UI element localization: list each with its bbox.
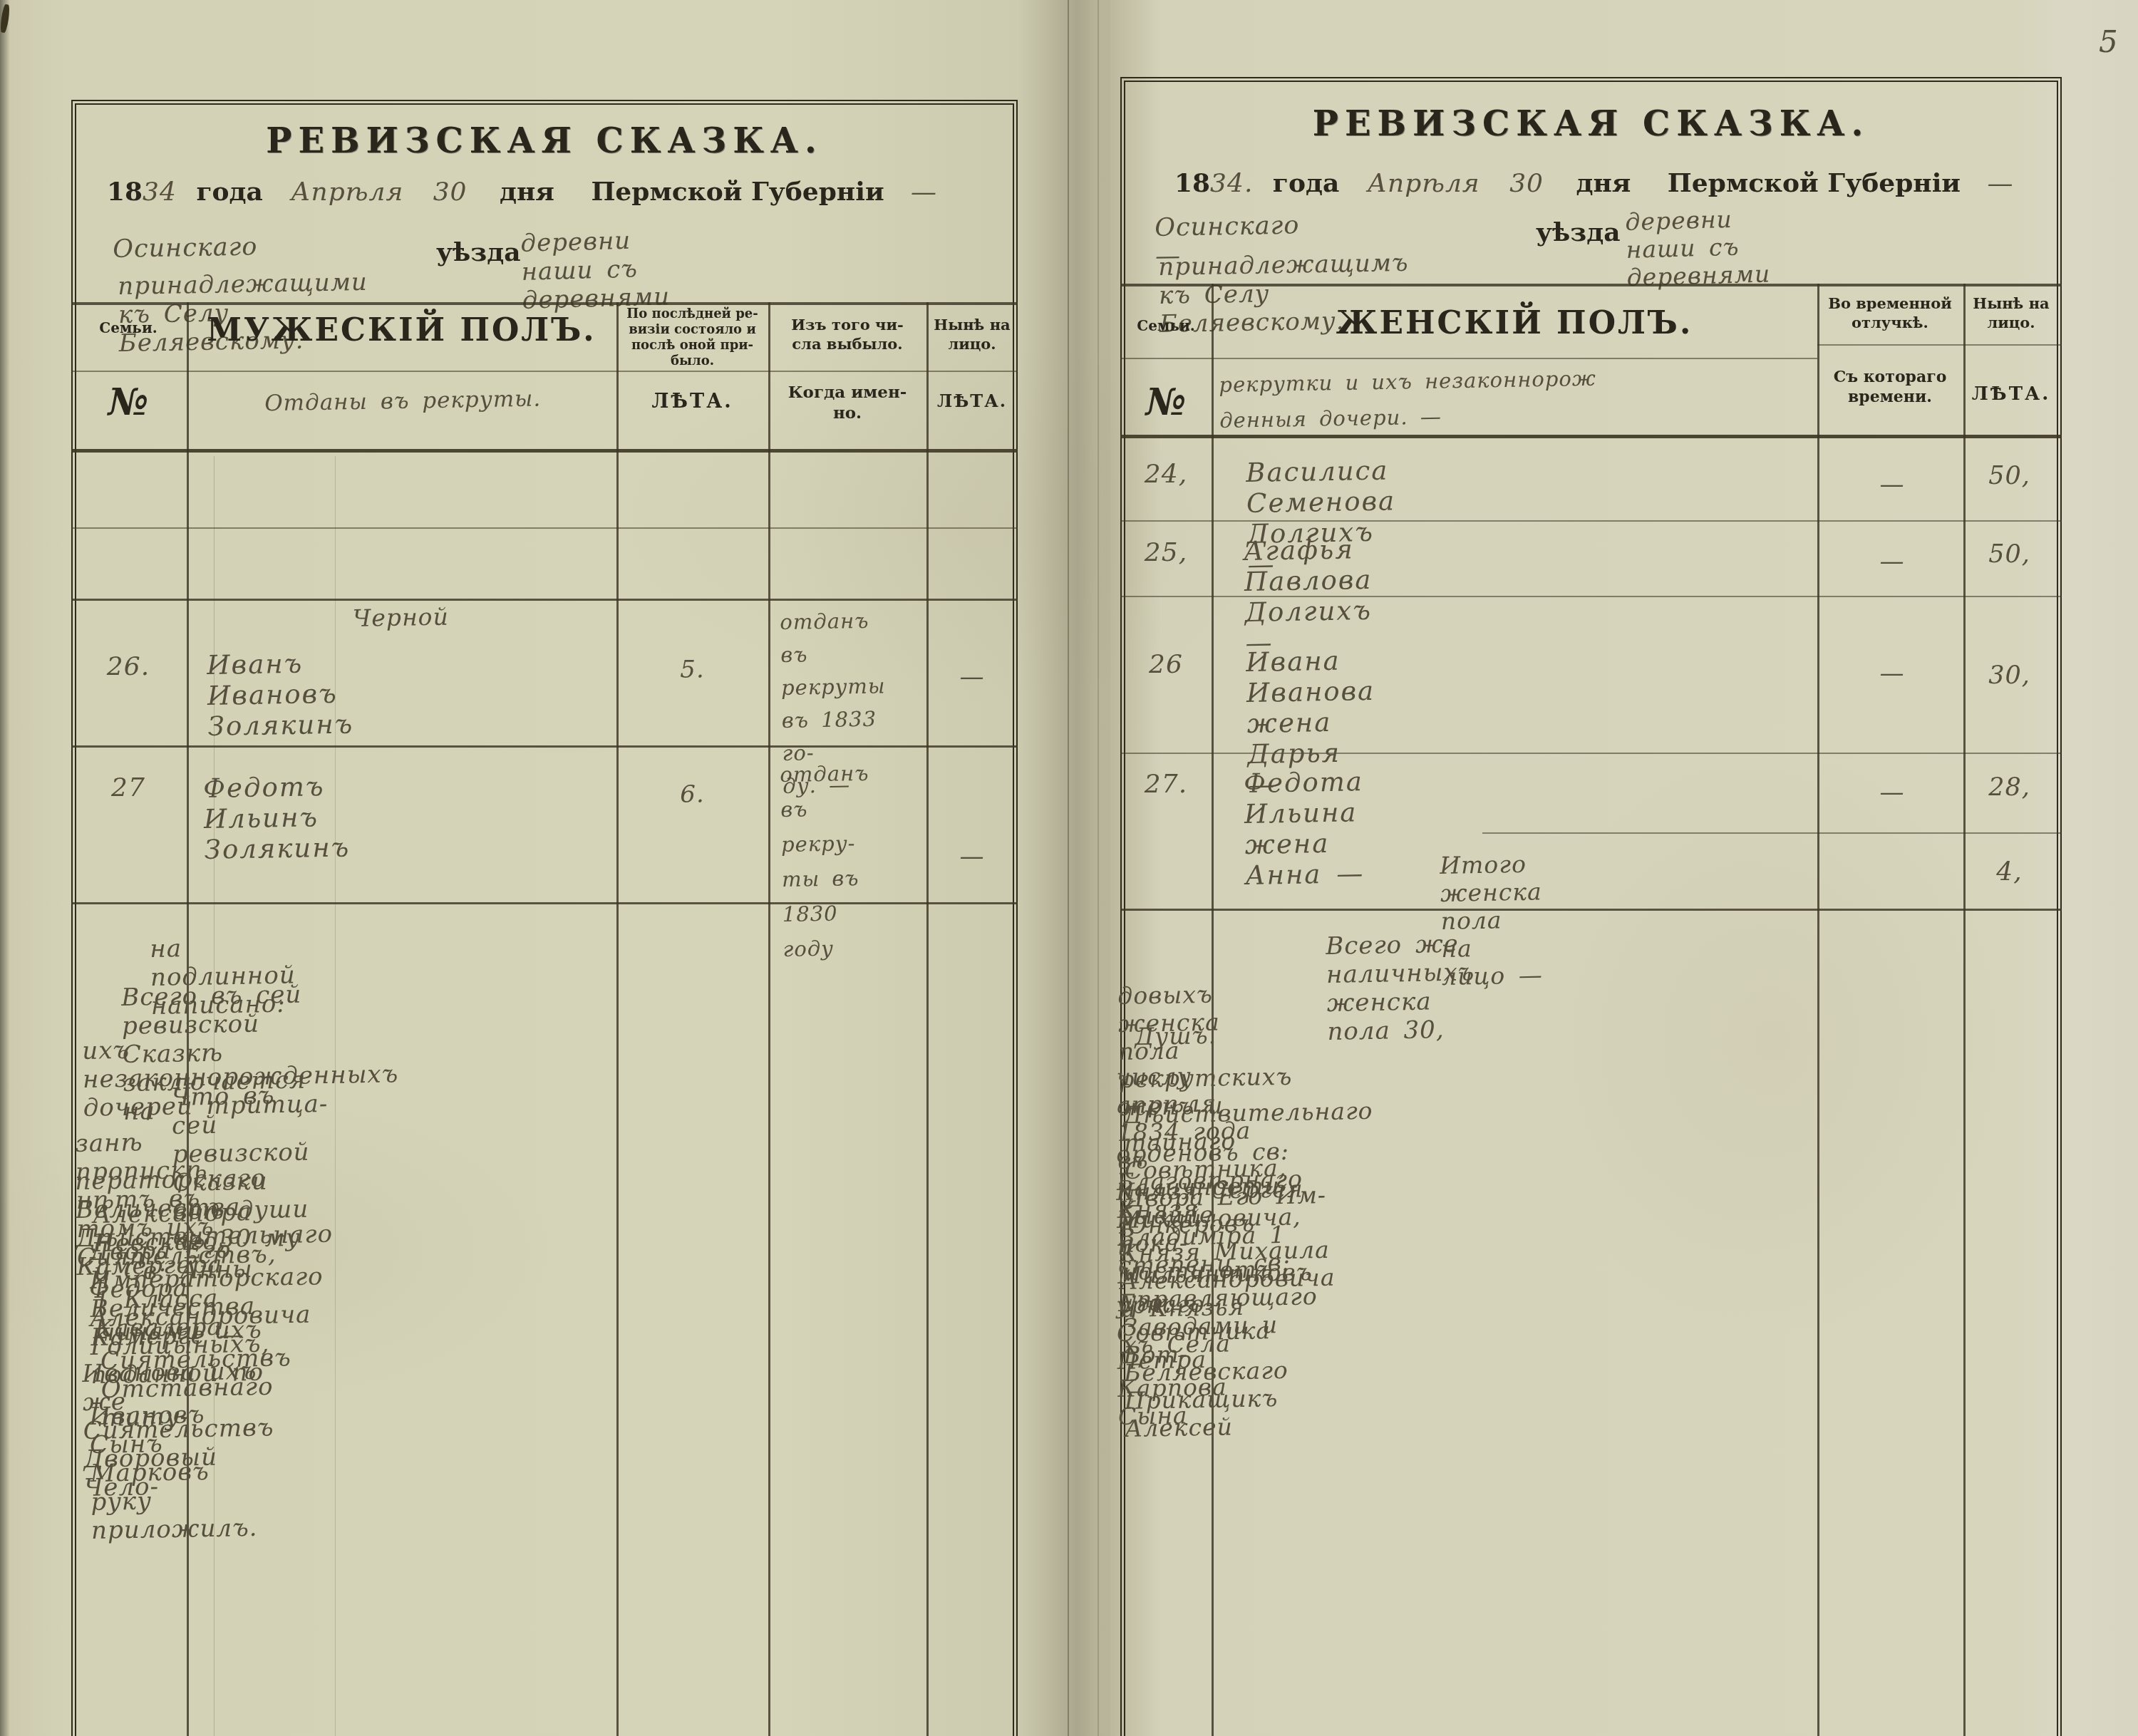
age-value: 5. [618, 656, 767, 684]
number-sign: № [1120, 381, 1212, 424]
now-present-column-label: Нынѣ на лицо. [928, 315, 1016, 353]
year-handwritten: 34. [1210, 169, 1253, 198]
attestation-line: Ивановъ Сынъ Марковъ руку приложилъ. [89, 1400, 258, 1545]
fold-seam [1098, 0, 1099, 1736]
summary-overline [1482, 832, 2062, 834]
row-number: 25, [1120, 538, 1212, 567]
dnya-label: дня [1576, 168, 1631, 198]
year-printed: 18 [1174, 168, 1210, 198]
year-handwritten: 34 [143, 177, 177, 207]
note-line: ты въ [782, 861, 872, 897]
province-label: Пермской Губерніи [591, 177, 884, 207]
note-line: рекруты [781, 669, 886, 704]
absence-dash: — [1828, 778, 1956, 807]
column-divider [1963, 284, 1966, 1736]
male-sex-column-label: МУЖЕСКІЙ ПОЛЪ. [187, 312, 616, 348]
now-dash: — [928, 663, 1016, 691]
age-value: 50, [1965, 462, 2054, 490]
when-exactly-column-label: Когда имен- но. [770, 382, 925, 423]
person-name: Агафья Павлова Долгихъ — [1244, 534, 1373, 658]
month-handwritten: Апрѣля [1368, 169, 1480, 198]
header-bottom-line [71, 449, 1018, 453]
uyezd-tail-handwritten: деревни наши съ деревнями [1625, 204, 1771, 291]
right-date-line: 1834. года Апрѣля 30 дня Пермской Губерн… [1174, 168, 2014, 198]
now-present-column-label: Нынѣ на лицо. [1965, 294, 2057, 332]
person-name: Федота Ильина жена Анна — [1244, 766, 1365, 891]
column-divider [616, 302, 619, 1736]
row-number: 27. [1120, 770, 1212, 799]
uyezd-handwritten: Осинскаго [113, 232, 258, 264]
grand-total-line: Всего же наличныхъ женска пола 30, [1326, 929, 1476, 1046]
column-divider [926, 302, 929, 1736]
column-divider [768, 302, 770, 1736]
age-column-label-2: ЛѢТА. [928, 391, 1016, 411]
attestation-line: хъ Села Беляевскаго Прикащикъ Алексей [1123, 1328, 1289, 1442]
label-line: отлучкѣ. [1819, 313, 1961, 332]
row-divider [1120, 909, 2062, 911]
note-line: въ рекру- [780, 791, 871, 862]
label-line: Изъ того чи- [770, 315, 925, 334]
label-line: Нынѣ на [1965, 294, 2057, 313]
label-line: Во временной [1819, 294, 1961, 313]
row-number: 24, [1120, 460, 1212, 489]
age-value: 6. [618, 780, 767, 809]
table-top-line [1120, 284, 2062, 286]
female-sex-column-label: ЖЕНСКІЙ ПОЛЪ. [1212, 305, 1817, 341]
age-value: 50, [1965, 540, 2054, 569]
label-line: Нынѣ на [928, 315, 1016, 334]
row-number: 27 [71, 773, 185, 802]
age-value: 28, [1965, 773, 2054, 802]
label-line: послѣ оной при- [618, 338, 767, 353]
label-line: лицо. [928, 334, 1016, 353]
month-handwritten: Апрѣля [291, 177, 403, 207]
right-page-title: РЕВИЗСКАЯ СКАЗКА. [1120, 104, 2062, 144]
label-line: Съ котораго [1819, 367, 1961, 387]
absence-dash: — [1828, 659, 1956, 688]
attestation-line: Душъ. [1135, 1021, 1217, 1050]
table-top-line [71, 302, 1018, 305]
note-line: 1830 году [782, 896, 872, 967]
since-when-column-label: Съ котораго времени. [1819, 367, 1961, 407]
dash-mark: — [1988, 169, 2014, 198]
goda-label: года [196, 177, 262, 207]
person-name: Федотъ Ильинъ Золякинъ [203, 770, 351, 865]
absence-dash: — [1828, 547, 1956, 576]
label-line: По послѣдней ре- [618, 306, 767, 322]
family-column-label: Семьи. [1122, 317, 1209, 334]
province-label: Пермской Губерніи [1668, 168, 1961, 198]
page-number: 5 [2099, 24, 2119, 59]
absence-dash: — [1828, 470, 1956, 499]
day-handwritten: 30 [1509, 169, 1544, 198]
label-line: визіи состояло и [618, 322, 767, 338]
label-line: Когда имен- [770, 382, 925, 403]
dnya-label: дня [500, 177, 554, 207]
column-divider [1817, 284, 1819, 1736]
day-handwritten: 30 [433, 177, 468, 207]
age-column-label: ЛѢТА. [1965, 383, 2057, 405]
row-number: 26. [71, 652, 185, 681]
when-departed-note: отданъ въ рекру- ты въ 1830 году [780, 756, 872, 967]
label-line: было. [618, 353, 767, 369]
last-revision-column-label: По послѣдней ре- визіи состояло и послѣ … [618, 306, 767, 369]
goda-label: года [1273, 168, 1339, 198]
now-dash: — [928, 842, 1016, 871]
recruits-daughters-subheader-handwritten: рекрутки и ихъ незаконнорож денныя дочер… [1219, 356, 1819, 438]
number-sign: № [71, 381, 185, 424]
fold-seam [1068, 0, 1069, 1736]
temporary-absence-column-label: Во временной отлучкѣ. [1819, 294, 1961, 332]
header-divider [71, 371, 1018, 372]
label-line: сла выбыло. [770, 334, 925, 353]
header-divider [1817, 344, 2062, 346]
row-number: 26 [1120, 650, 1212, 679]
label-line: времени. [1819, 387, 1961, 407]
age-value: 30, [1965, 661, 2054, 690]
year-printed: 18 [107, 177, 143, 207]
age-column-label: ЛѢТА. [618, 391, 767, 413]
note-line: отданъ въ [780, 604, 885, 671]
person-name: Иванъ Ивановъ Золякинъ [207, 647, 354, 742]
left-page-title: РЕВИЗСКАЯ СКАЗКА. [71, 121, 1018, 161]
uyezd-label: уѣзда [436, 237, 521, 267]
scan-edge [0, 0, 10, 1736]
dash-mark: — [911, 177, 937, 207]
female-total-on-hand-value: 4, [1965, 857, 2054, 887]
departed-column-label: Изъ того чи- сла выбыло. [770, 315, 925, 353]
label-line: но. [770, 403, 925, 423]
family-column-label: Семьи. [75, 319, 182, 336]
uyezd-label: уѣзда [1536, 217, 1621, 247]
label-line: лицо. [1965, 313, 2057, 332]
left-date-line: 1834 года Апрѣля 30 дня Пермской Губерні… [107, 177, 937, 207]
note-line: отданъ [780, 756, 869, 792]
revision-list-scan: РЕВИЗСКАЯ СКАЗКА. 1834 года Апрѣля 30 дн… [0, 0, 2138, 1736]
